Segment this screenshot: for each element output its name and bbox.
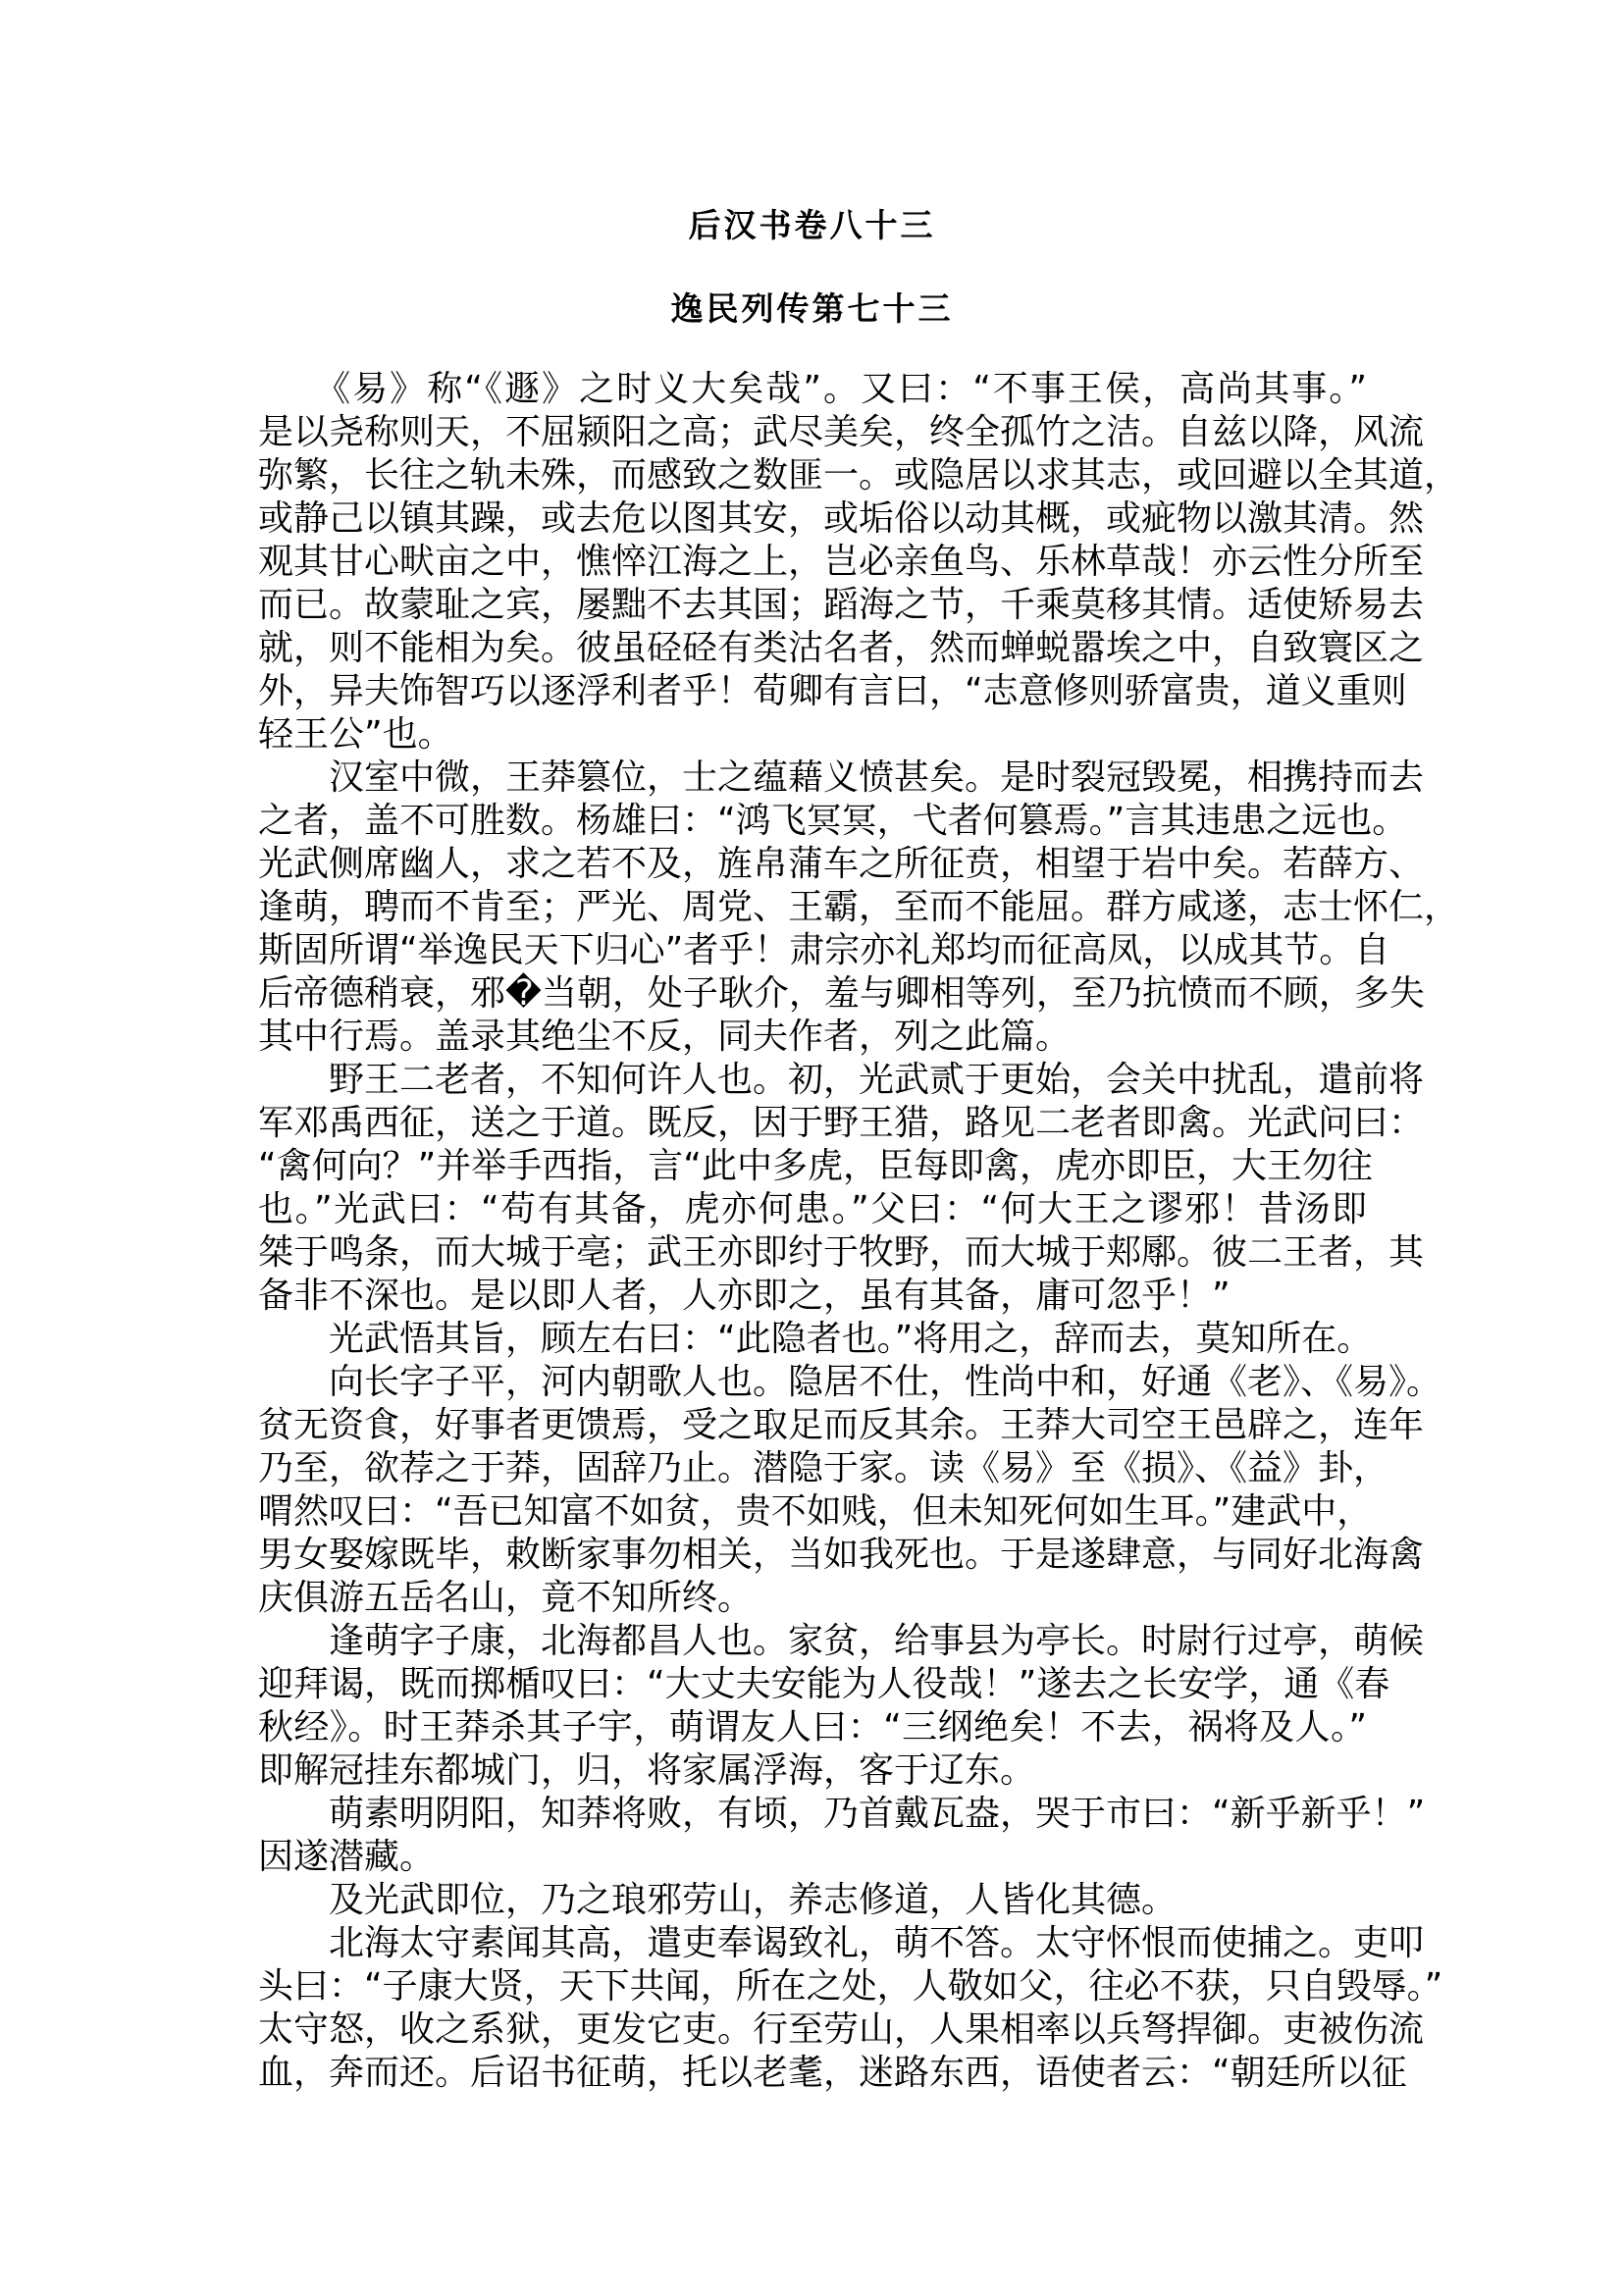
book-title: 后汉书卷八十三 xyxy=(0,206,1624,245)
text-line: 外，异夫饰智巧以逐浮利者乎！荀卿有言曰，“志意修则骄富贵，道义重则 xyxy=(258,670,1367,713)
text-line: 太守怒，收之系狱，更发它吏。行至劳山，人果相率以兵弩捍御。吏被伤流 xyxy=(258,2008,1367,2052)
text-line: 就，则不能相为矣。彼虽硁硁有类沽名者，然而蝉蜕嚣埃之中，自致寰区之 xyxy=(258,627,1367,670)
text-line: 光武侧席幽人，求之若不及，旌帛蒲车之所征贲，相望于岩中矣。若薛方、 xyxy=(258,843,1367,886)
text-line: 秋经》。时王莽杀其子宇，萌谓友人曰：“三纲绝矣！不去，祸将及人。” xyxy=(258,1706,1367,1749)
text-line: 光武悟其旨，顾左右曰：“此隐者也。”将用之，辞而去，莫知所在。 xyxy=(258,1318,1367,1361)
text-line: 血，奔而还。后诏书征萌，托以老耄，迷路东西，语使者云：“朝廷所以征 xyxy=(258,2052,1367,2095)
text-line: 桀于鸣条，而大城于亳；武王亦即纣于牧野，而大城于郏鄏。彼二王者，其 xyxy=(258,1231,1367,1275)
text-line: 是以尧称则天，不屈颍阳之高；武尽美矣，终全孤竹之洁。自兹以降，风流 xyxy=(258,411,1367,454)
text-line: 男女娶嫁既毕，敕断家事勿相关，当如我死也。于是遂肆意，与同好北海禽 xyxy=(258,1534,1367,1577)
text-line: 向长字子平，河内朝歌人也。隐居不仕，性尚中和，好通《老》、《易》。 xyxy=(258,1361,1367,1404)
text-line: 弥繁，长往之轨未殊，而感致之数匪一。或隐居以求其志，或回避以全其道， xyxy=(258,454,1367,497)
text-line: 汉室中微，王莽篡位，士之蕴藉义愤甚矣。是时裂冠毁冕，相携持而去 xyxy=(258,756,1367,800)
text-line: 也。”光武曰：“苟有其备，虎亦何患。”父曰：“何大王之谬邪！昔汤即 xyxy=(258,1188,1367,1231)
text-line: 其中行焉。盖录其绝尘不反，同夫作者，列之此篇。 xyxy=(258,1016,1367,1059)
text-line: 北海太守素闻其高，遣吏奉谒致礼，萌不答。太守怀恨而使捕之。吏叩 xyxy=(258,1922,1367,1965)
text-line: “禽何向？”并举手西指，言“此中多虎，臣每即禽，虎亦即臣，大王勿往 xyxy=(258,1145,1367,1188)
text-line: 逢萌字子康，北海都昌人也。家贫，给事县为亭长。时尉行过亭，萌候 xyxy=(258,1620,1367,1663)
text-line: 军邓禹西征，送之于道。既反，因于野王猎，路见二老者即禽。光武问曰： xyxy=(258,1102,1367,1145)
text-line: 或静己以镇其躁，或去危以图其安，或垢俗以动其概，或疵物以激其清。然 xyxy=(258,497,1367,541)
text-line: 《易》称“《遯》之时义大矣哉”。又曰：“不事王侯，高尚其事。” xyxy=(258,368,1367,411)
text-line: 贫无资食，好事者更馈焉，受之取足而反其余。王莽大司空王邑辟之，连年 xyxy=(258,1404,1367,1447)
text-line: 而已。故蒙耻之宾，屡黜不去其国；蹈海之节，千乘莫移其情。适使矫易去 xyxy=(258,584,1367,627)
text-line: 因遂潜藏。 xyxy=(258,1836,1367,1879)
text-line: 即解冠挂东都城门，归，将家属浮海，客于辽东。 xyxy=(258,1749,1367,1793)
text-line: 野王二老者，不知何许人也。初，光武贰于更始，会关中扰乱，遣前将 xyxy=(258,1059,1367,1102)
text-line: 观其甘心畎亩之中，憔悴江海之上，岂必亲鱼鸟、乐林草哉！亦云性分所至 xyxy=(258,541,1367,584)
text-line: 之者，盖不可胜数。杨雄曰：“鸿飞冥冥，弋者何篡焉。”言其违患之远也。 xyxy=(258,800,1367,843)
text-line: 后帝德稍衰，邪�当朝，处子耿介，羞与卿相等列，至乃抗愤而不顾，多失 xyxy=(258,972,1367,1016)
text-line: 迎拜谒，既而掷楯叹曰：“大丈夫安能为人役哉！”遂去之长安学，通《春 xyxy=(258,1663,1367,1706)
text-line: 备非不深也。是以即人者，人亦即之，虽有其备，庸可忽乎！” xyxy=(258,1275,1367,1318)
document-page: 后汉书卷八十三 逸民列传第七十三 《易》称“《遯》之时义大矣哉”。又曰：“不事王… xyxy=(0,0,1624,2294)
text-line: 轻王公”也。 xyxy=(258,713,1367,756)
body-text: 《易》称“《遯》之时义大矣哉”。又曰：“不事王侯，高尚其事。”是以尧称则天，不屈… xyxy=(258,368,1367,2095)
text-line: 喟然叹曰：“吾已知富不如贫，贵不如贱，但未知死何如生耳。”建武中， xyxy=(258,1490,1367,1534)
text-line: 及光武即位，乃之琅邪劳山，养志修道，人皆化其德。 xyxy=(258,1879,1367,1922)
text-line: 乃至，欲荐之于莽，固辞乃止。潜隐于家。读《易》至《损》、《益》卦， xyxy=(258,1447,1367,1490)
chapter-title: 逸民列传第七十三 xyxy=(0,289,1624,329)
text-line: 头曰：“子康大贤，天下共闻，所在之处，人敬如父，往必不获，只自毁辱。” xyxy=(258,1965,1367,2008)
text-line: 庆俱游五岳名山，竟不知所终。 xyxy=(258,1577,1367,1620)
text-line: 萌素明阴阳，知莽将败，有顷，乃首戴瓦盎，哭于市曰：“新乎新乎！” xyxy=(258,1793,1367,1836)
text-line: 逢萌，聘而不肯至；严光、周党、王霸，至而不能屈。群方咸遂，志士怀仁， xyxy=(258,886,1367,929)
text-line: 斯固所谓“举逸民天下归心”者乎！肃宗亦礼郑均而征高凤，以成其节。自 xyxy=(258,929,1367,972)
